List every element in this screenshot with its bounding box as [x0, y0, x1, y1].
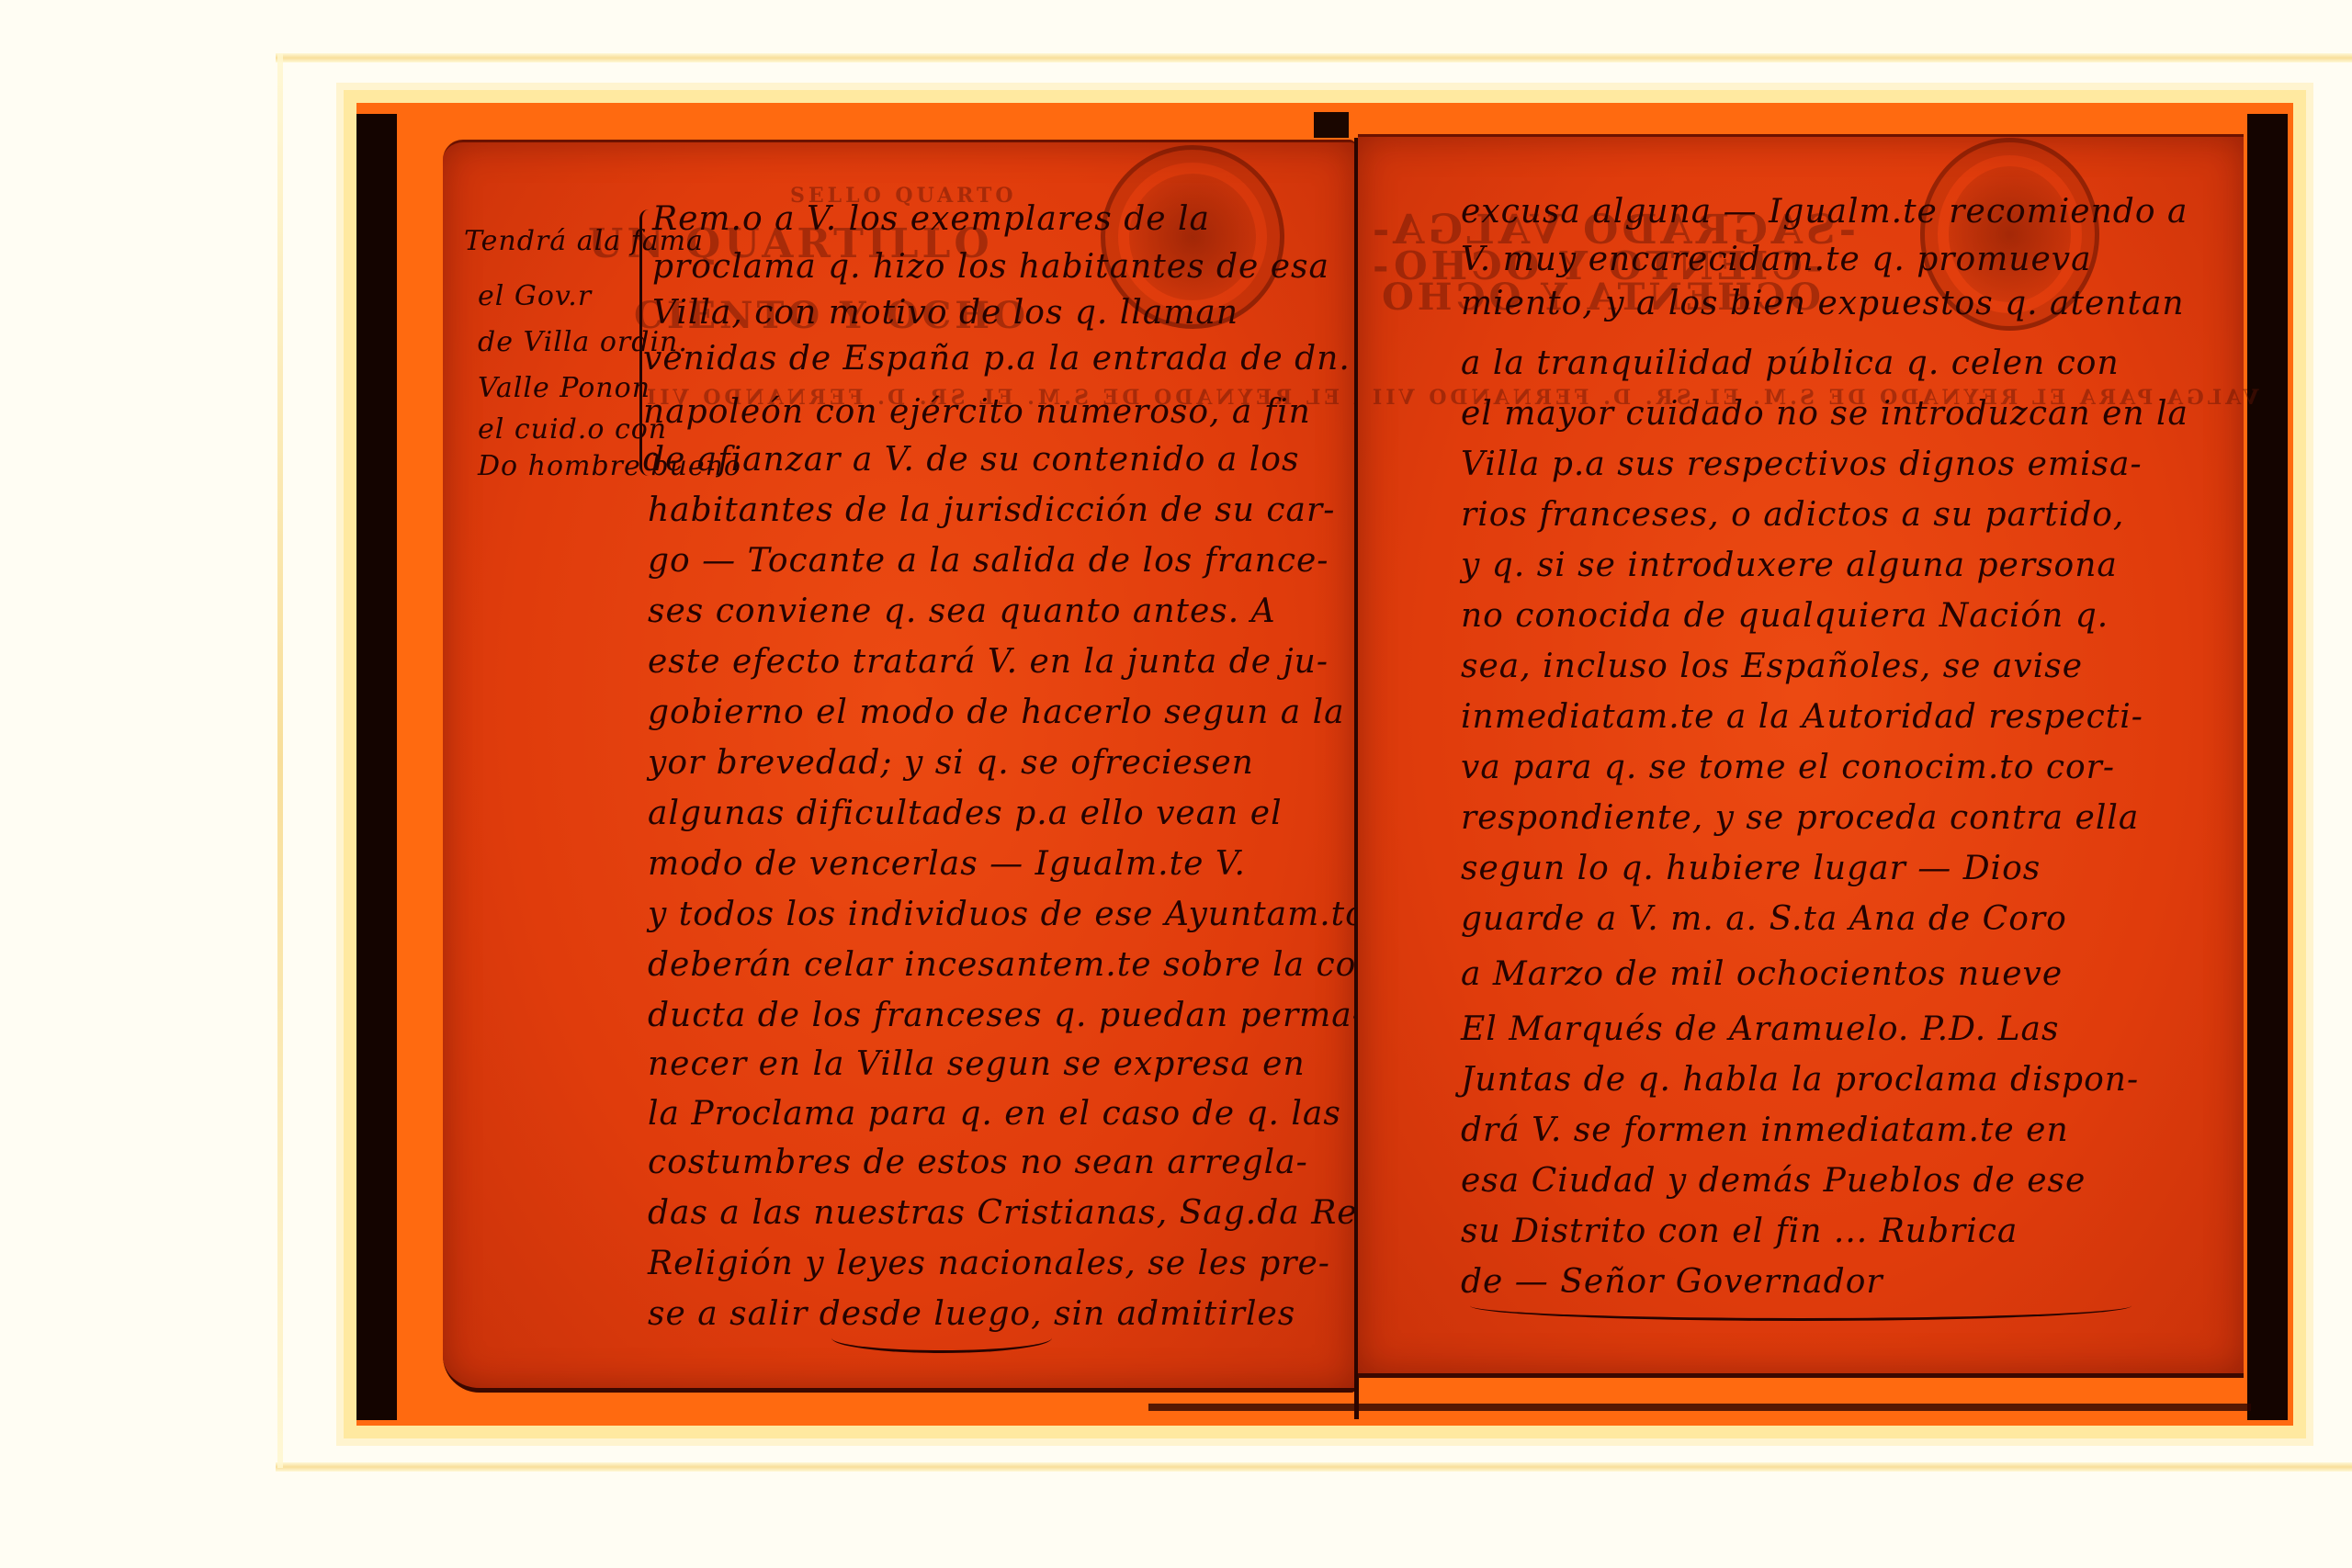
text-line: respondiente, y se proceda contra ella [1461, 799, 2139, 837]
text-line: V. muy encarecidam.te q. promueva [1461, 241, 2092, 278]
text-line: ses conviene q. sea quanto antes. A [648, 592, 1276, 630]
text-line: y q. si se introduxere alguna persona [1461, 547, 2118, 584]
text-line: El Marqués de Aramuelo. P.D. Las [1461, 1010, 2059, 1048]
text-line: algunas dificultades p.a ello vean el [648, 795, 1283, 832]
margin-note-line: Valle Ponon [478, 372, 650, 404]
text-line: el mayor cuidado no se introduzcan en la [1461, 395, 2188, 433]
text-line: no conocida de qualquiera Nación q. [1461, 597, 2109, 635]
text-line: inmediatam.te a la Autoridad respecti- [1461, 698, 2143, 736]
text-line: Juntas de q. habla la proclama dispon- [1461, 1061, 2139, 1099]
text-line: su Distrito con el fin ... Rubrica [1461, 1213, 2018, 1250]
frame-line-left [277, 53, 283, 1468]
text-line: necer en la Villa segun se expresa en [648, 1045, 1306, 1083]
text-line: Villa, con motivo de los q. llaman [652, 294, 1238, 332]
frame-line-top [276, 53, 2352, 62]
text-line: costumbres de estos no sean arregla- [648, 1144, 1308, 1181]
text-line: habitantes de la jurisdicción de su car- [648, 491, 1335, 529]
text-line: das a las nuestras Cristianas, Sag.da Re… [648, 1194, 1381, 1232]
text-line: Villa p.a sus respectivos dignos emisa- [1461, 446, 2143, 483]
text-line: de afianzar a V. de su contenido a los [643, 441, 1299, 479]
frame-line-bottom [276, 1462, 2352, 1472]
text-line: ducta de los franceses q. puedan perma- [648, 997, 1364, 1034]
text-line: a la tranquilidad pública q. celen con [1461, 344, 2120, 382]
text-line: modo de vencerlas — Igualm.te V. [648, 845, 1246, 883]
fold-tab [1314, 112, 1349, 138]
text-line: guarde a V. m. a. S.ta Ana de Coro [1461, 900, 2067, 938]
text-line: va para q. se tome el conocim.to cor- [1461, 749, 2115, 786]
text-line: gobierno el modo de hacerlo segun a la m… [648, 694, 1421, 731]
text-line: sea, incluso los Españoles, se avise [1461, 648, 2083, 685]
bottom-edge-shadow [1148, 1404, 2251, 1411]
film-bar-right [2247, 114, 2288, 1420]
text-line: yor brevedad; y si q. se ofreciesen [648, 744, 1254, 782]
text-line: Religión y leyes nacionales, se les pre- [648, 1245, 1330, 1282]
text-line: go — Tocante a la salida de los france- [648, 542, 1329, 580]
text-line: la Proclama para q. en el caso de q. las [648, 1095, 1341, 1133]
text-line: a Marzo de mil ochocientos nueve [1461, 955, 2063, 993]
text-line: Rem.o a V. los exemplares de la [652, 200, 1210, 238]
text-line: rios franceses, o adictos a su partido, [1461, 496, 2124, 534]
right-flourish [1470, 1291, 2131, 1321]
film-bar-left [356, 114, 397, 1420]
text-line: napoleón con ejército numeroso, a fin [643, 393, 1311, 431]
left-flourish [831, 1323, 1052, 1353]
text-line: este efecto tratará V. en la junta de ju… [648, 643, 1329, 681]
text-line: miento, y a los bien expuestos q. atenta… [1461, 285, 2185, 322]
text-line: drá V. se formen inmediatam.te en [1461, 1111, 2069, 1149]
text-line: segun lo q. hubiere lugar — Dios [1461, 850, 2041, 887]
text-line: proclama q. hizo los habitantes de esa [652, 248, 1329, 286]
text-line: venidas de España p.a la entrada de dn. [643, 340, 1351, 378]
text-line: esa Ciudad y demás Pueblos de ese [1461, 1162, 2086, 1200]
text-line: deberán celar incesantem.te sobre la con… [648, 946, 1391, 984]
text-line: excusa alguna — Igualm.te recomiendo a [1461, 193, 2188, 231]
margin-note-line: el Gov.r [478, 280, 592, 312]
text-line: y todos los individuos de ese Ayuntam.to [648, 896, 1366, 933]
